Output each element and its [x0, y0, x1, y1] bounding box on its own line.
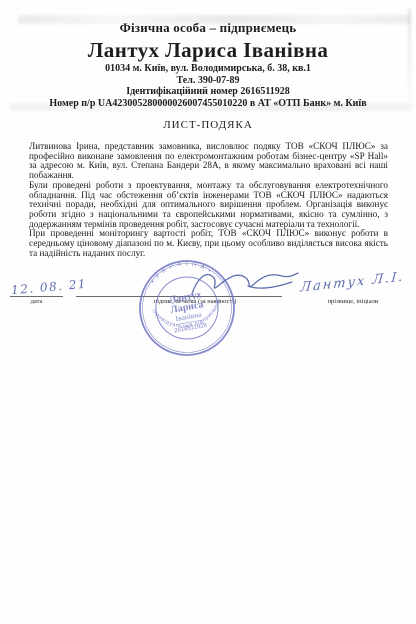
- surname-label: прізвище, ініціали: [303, 298, 403, 305]
- entity-type-line: Фізична особа – підприємець: [0, 20, 416, 36]
- handwritten-date: 12. 08. 21: [11, 277, 88, 298]
- document-title: ЛИСТ-ПОДЯКА: [0, 119, 416, 131]
- tax-id-line: Ідентифікаційний номер 2616511928: [0, 87, 416, 98]
- scanned-letter-page: Фізична особа – підприємець Лантух Ларис…: [0, 0, 416, 624]
- date-label: дата: [10, 298, 63, 305]
- bank-account-line: Номер п/р UA423005280000026007455010220 …: [0, 99, 416, 110]
- handwritten-signature-flourish: [188, 264, 300, 300]
- handwritten-surname: Лантух Л.І.: [299, 269, 405, 295]
- entrepreneur-name: Лантух Лариса Іванівна: [0, 38, 416, 63]
- paragraph-2: Були проведені роботи з проектування, мо…: [29, 181, 388, 230]
- letter-body: Литвинова Ірина, представник замовника, …: [29, 142, 388, 258]
- date-rule-line: [10, 296, 63, 297]
- address-line: 01034 м. Київ, вул. Володимирська, б. 38…: [0, 64, 416, 75]
- phone-line: Тел. 390-07-89: [0, 76, 416, 87]
- letterhead: Фізична особа – підприємець Лантух Ларис…: [0, 20, 416, 109]
- paragraph-1: Литвинова Ірина, представник замовника, …: [29, 142, 388, 181]
